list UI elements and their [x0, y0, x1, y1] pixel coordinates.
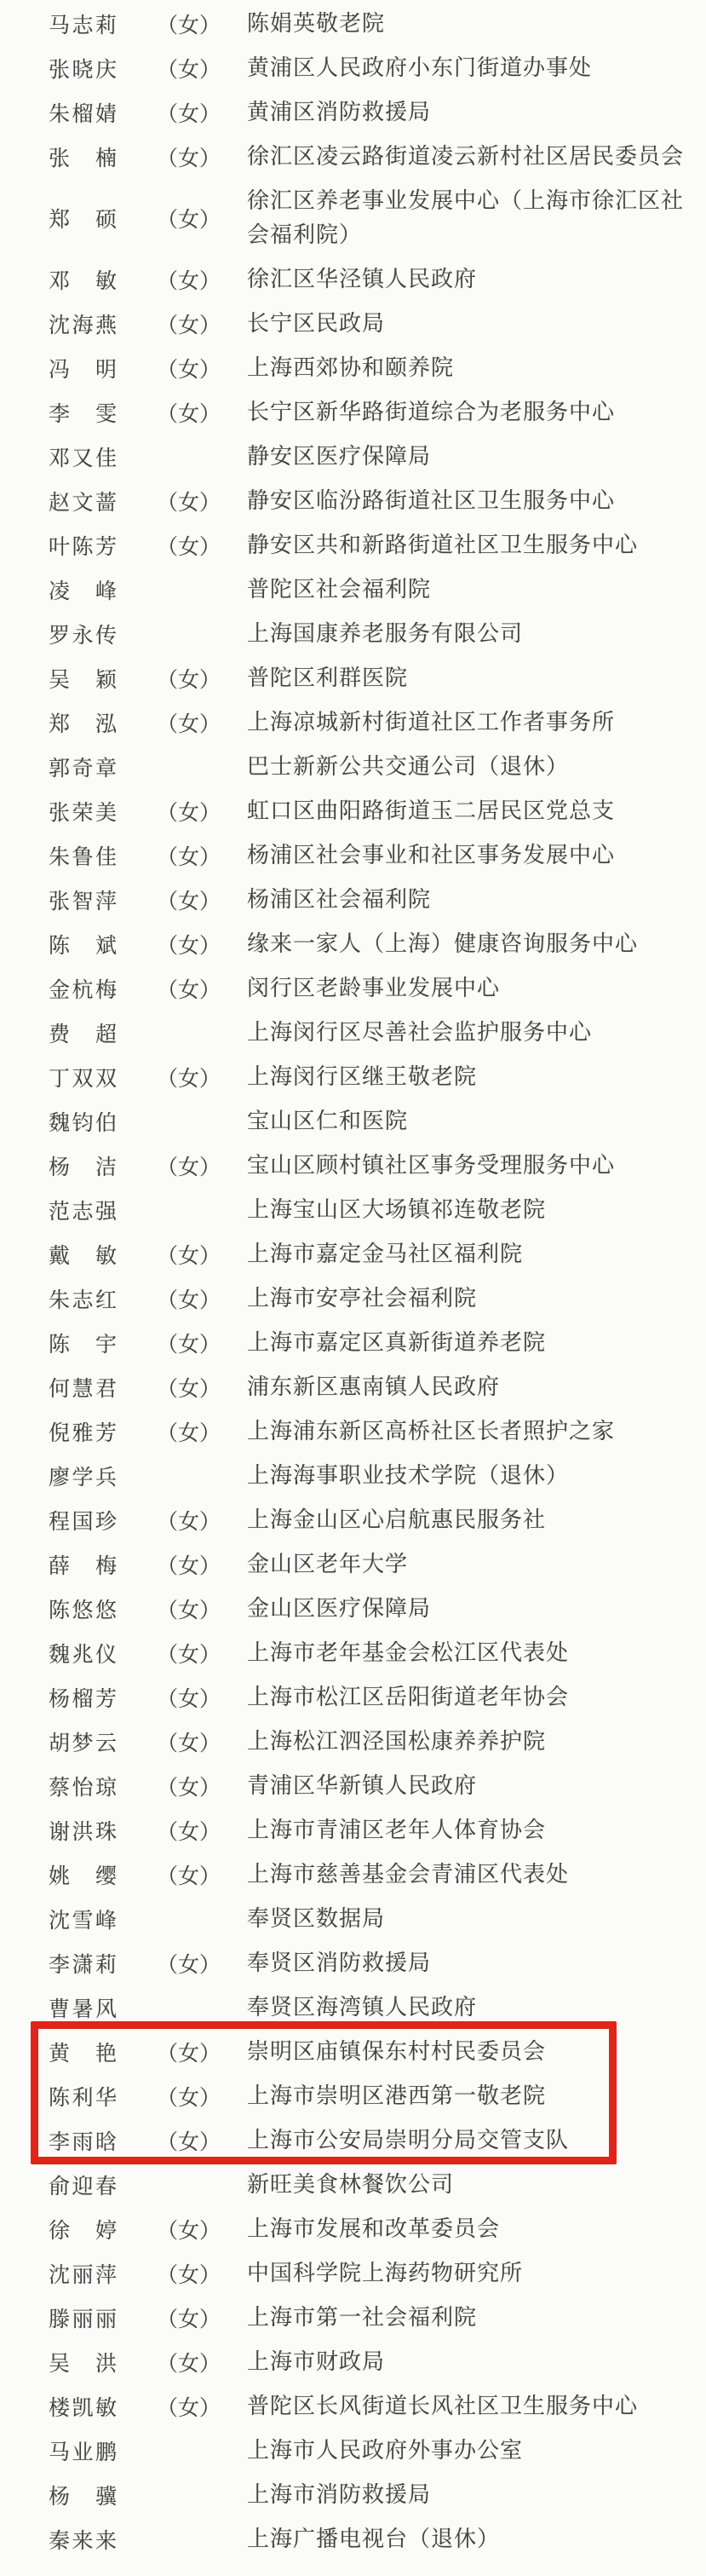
- person-name: 费超: [49, 1017, 117, 1048]
- organization: 杨浦区社会事业和社区事务发展中心: [247, 838, 686, 873]
- person-name: 赵文蔷: [49, 486, 117, 516]
- organization: 崇明区庙镇保东村村民委员会: [247, 2035, 686, 2069]
- organization: 黄浦区人民政府小东门街道办事处: [247, 51, 686, 85]
- gender-label: （女）: [157, 973, 221, 1004]
- person-name: 张晓庆: [49, 53, 117, 84]
- list-item: 赵文蔷 （女） 静安区临汾路街道社区卫生服务中心: [0, 479, 706, 523]
- organization: 上海市老年基金会松江区代表处: [247, 1636, 686, 1670]
- list-item: 吴颖 （女） 普陀区利群医院: [0, 656, 706, 700]
- gender-label: （女）: [157, 1283, 221, 1314]
- organization: 上海广播电视台（退休）: [247, 2522, 686, 2556]
- gender-label: （女）: [157, 486, 221, 516]
- list-item: 何慧君 （女） 浦东新区惠南镇人民政府: [0, 1365, 706, 1409]
- list-item: 倪雅芳 （女） 上海浦东新区高桥社区长者照护之家: [0, 1409, 706, 1454]
- organization: 长宁区新华路街道综合为老服务中心: [247, 395, 686, 429]
- list-item: 楼凯敏 （女） 普陀区长风街道长风社区卫生服务中心: [0, 2384, 706, 2429]
- organization: 上海市公安局崇明分局交管支队: [247, 2124, 686, 2158]
- person-name: 李雨晗: [49, 2125, 117, 2156]
- list-item: 金杭梅 （女） 闵行区老龄事业发展中心: [0, 966, 706, 1011]
- organization: 上海市慈善基金会青浦区代表处: [247, 1858, 686, 1892]
- gender-label: （女）: [157, 1593, 221, 1624]
- organization: 杨浦区社会福利院: [247, 883, 686, 917]
- organization: 上海西郊协和颐养院: [247, 351, 686, 385]
- person-name: 谢洪珠: [49, 1815, 117, 1846]
- organization: 新旺美食林餐饮公司: [247, 2168, 686, 2202]
- person-name: 姚缨: [49, 1859, 117, 1890]
- organization: 金山区医疗保障局: [247, 1592, 686, 1626]
- organization: 徐汇区华泾镇人民政府: [247, 262, 686, 297]
- gender-label: （女）: [157, 2081, 221, 2112]
- organization: 浦东新区惠南镇人民政府: [247, 1370, 686, 1404]
- gender-label: （女）: [157, 141, 221, 172]
- organization: 徐汇区养老事业发展中心（上海市徐汇区社会福利院）: [247, 184, 686, 252]
- person-name: 曹暑风: [49, 1992, 117, 2023]
- list-item: 朱榴婧 （女） 黄浦区消防救援局: [0, 90, 706, 135]
- person-name: 戴敏: [49, 1239, 117, 1270]
- person-name: 丁双双: [49, 1062, 117, 1092]
- gender-label: （女）: [157, 840, 221, 871]
- person-name: 叶陈芳: [49, 530, 117, 561]
- organization: 静安区共和新路街道社区卫生服务中心: [247, 528, 686, 562]
- list-item: 沈丽萍 （女） 中国科学院上海药物研究所: [0, 2251, 706, 2296]
- person-name: 凌峰: [49, 574, 117, 605]
- list-item: 李雯 （女） 长宁区新华路街道综合为老服务中心: [0, 390, 706, 435]
- list-item: 陈利华 （女） 上海市崇明区港西第一敬老院: [0, 2074, 706, 2118]
- organization: 宝山区仁和医院: [247, 1104, 686, 1138]
- person-name: 沈丽萍: [49, 2258, 117, 2289]
- gender-label: （女）: [157, 2391, 221, 2422]
- list-item: 凌峰 普陀区社会福利院: [0, 568, 706, 612]
- person-name: 杨洁: [49, 1150, 117, 1181]
- organization: 中国科学院上海药物研究所: [247, 2256, 686, 2291]
- organization: 上海市发展和改革委员会: [247, 2212, 686, 2246]
- person-name: 吴颖: [49, 663, 117, 694]
- gender-label: （女）: [157, 1372, 221, 1403]
- person-name: 胡梦云: [49, 1726, 117, 1757]
- gender-label: （女）: [157, 1328, 221, 1358]
- organization: 长宁区民政局: [247, 307, 686, 341]
- gender-label: （女）: [157, 929, 221, 960]
- organization: 上海松江泗泾国松康养养护院: [247, 1725, 686, 1759]
- person-name: 张智萍: [49, 885, 117, 915]
- person-name: 李潇莉: [49, 1948, 117, 1979]
- gender-label: （女）: [157, 1948, 221, 1979]
- gender-label: （女）: [157, 1771, 221, 1801]
- person-name: 马志莉: [49, 9, 117, 39]
- list-item: 徐婷 （女） 上海市发展和改革委员会: [0, 2207, 706, 2251]
- list-item: 薛梅 （女） 金山区老年大学: [0, 1542, 706, 1587]
- gender-label: （女）: [157, 53, 221, 84]
- gender-label: （女）: [157, 1549, 221, 1580]
- list-item: 罗永传 上海国康养老服务有限公司: [0, 612, 706, 656]
- list-item: 杨骥 上海市消防救援局: [0, 2473, 706, 2517]
- gender-label: （女）: [157, 308, 221, 339]
- organization: 奉贤区海湾镇人民政府: [247, 1991, 686, 2025]
- list-item: 曹暑风 奉贤区海湾镇人民政府: [0, 1985, 706, 2030]
- organization: 上海市青浦区老年人体育协会: [247, 1813, 686, 1847]
- list-item: 李潇莉 （女） 奉贤区消防救援局: [0, 1941, 706, 1985]
- organization: 闵行区老龄事业发展中心: [247, 971, 686, 1006]
- list-item: 蔡怡琼 （女） 青浦区华新镇人民政府: [0, 1764, 706, 1808]
- list-item: 杨榴芳 （女） 上海市松江区岳阳街道老年协会: [0, 1675, 706, 1720]
- organization: 上海浦东新区高桥社区长者照护之家: [247, 1415, 686, 1449]
- gender-label: （女）: [157, 264, 221, 295]
- gender-label: （女）: [157, 2125, 221, 2156]
- person-name: 陈斌: [49, 929, 117, 960]
- list-item: 张晓庆 （女） 黄浦区人民政府小东门街道办事处: [0, 46, 706, 90]
- gender-label: （女）: [157, 2214, 221, 2245]
- person-name: 楼凯敏: [49, 2391, 117, 2422]
- list-item: 张荣美 （女） 虹口区曲阳路街道玉二居民区党总支: [0, 789, 706, 833]
- list-item: 朱鲁佳 （女） 杨浦区社会事业和社区事务发展中心: [0, 833, 706, 878]
- gender-label: （女）: [157, 397, 221, 428]
- gender-label: （女）: [157, 530, 221, 561]
- person-name: 蔡怡琼: [49, 1771, 117, 1801]
- gender-label: （女）: [157, 9, 221, 39]
- organization: 陈娟英敬老院: [247, 7, 686, 41]
- organization: 上海市嘉定金马社区福利院: [247, 1237, 686, 1271]
- person-name: 罗永传: [49, 619, 117, 649]
- organization: 奉贤区消防救援局: [247, 1946, 686, 1980]
- organization: 上海海事职业技术学院（退休）: [247, 1459, 686, 1493]
- list-item: 邓又佳 静安区医疗保障局: [0, 435, 706, 479]
- person-name: 杨骥: [49, 2480, 117, 2510]
- list-item: 范志强 上海宝山区大场镇祁连敬老院: [0, 1188, 706, 1232]
- list-item: 张楠 （女） 徐汇区凌云路街道凌云新村社区居民委员会: [0, 135, 706, 179]
- list-item: 黄艳 （女） 崇明区庙镇保东村村民委员会: [0, 2030, 706, 2074]
- person-name: 薛梅: [49, 1549, 117, 1580]
- person-name: 魏钧伯: [49, 1106, 117, 1137]
- list-item: 朱志红 （女） 上海市安亭社会福利院: [0, 1276, 706, 1321]
- organization: 上海市消防救援局: [247, 2478, 686, 2512]
- gender-label: （女）: [157, 796, 221, 827]
- person-name: 朱鲁佳: [49, 840, 117, 871]
- person-name: 邓敏: [49, 264, 117, 295]
- person-name: 徐婷: [49, 2214, 117, 2245]
- list-item: 魏兆仪 （女） 上海市老年基金会松江区代表处: [0, 1631, 706, 1675]
- organization: 上海凉城新村街道社区工作者事务所: [247, 706, 686, 740]
- gender-label: （女）: [157, 2347, 221, 2377]
- person-name: 金杭梅: [49, 973, 117, 1004]
- person-name: 李雯: [49, 397, 117, 428]
- list-item: 马业鹏 上海市人民政府外事办公室: [0, 2429, 706, 2473]
- organization: 青浦区华新镇人民政府: [247, 1769, 686, 1803]
- organization: 上海市财政局: [247, 2345, 686, 2379]
- gender-label: （女）: [157, 2302, 221, 2333]
- organization: 上海宝山区大场镇祁连敬老院: [247, 1193, 686, 1227]
- gender-label: （女）: [157, 1416, 221, 1447]
- list-item: 魏钧伯 宝山区仁和医院: [0, 1099, 706, 1144]
- list-item: 郑硕 （女） 徐汇区养老事业发展中心（上海市徐汇区社会福利院）: [0, 179, 706, 257]
- person-name: 冯明: [49, 353, 117, 383]
- gender-label: （女）: [157, 1726, 221, 1757]
- organization: 宝山区顾村镇社区事务受理服务中心: [247, 1149, 686, 1183]
- person-name: 郑硕: [49, 203, 117, 233]
- person-name: 程国珍: [49, 1505, 117, 1536]
- list-item: 俞迎春 新旺美食林餐饮公司: [0, 2163, 706, 2207]
- list-item: 谢洪珠 （女） 上海市青浦区老年人体育协会: [0, 1808, 706, 1853]
- person-name: 郭奇章: [49, 752, 117, 782]
- gender-label: （女）: [157, 1859, 221, 1890]
- list-item: 丁双双 （女） 上海闵行区继王敬老院: [0, 1055, 706, 1099]
- list-item: 廖学兵 上海海事职业技术学院（退休）: [0, 1454, 706, 1498]
- organization: 静安区医疗保障局: [247, 440, 686, 474]
- organization: 上海闵行区尽善社会监护服务中心: [247, 1016, 686, 1050]
- organization: 上海市安亭社会福利院: [247, 1282, 686, 1316]
- list-item: 姚缨 （女） 上海市慈善基金会青浦区代表处: [0, 1853, 706, 1897]
- organization: 普陀区社会福利院: [247, 573, 686, 607]
- roster-document: 马志莉 （女） 陈娟英敬老院 张晓庆 （女） 黄浦区人民政府小东门街道办事处 朱…: [0, 0, 706, 2576]
- page: { "page": { "background": "#fbfbf9", "te…: [0, 0, 706, 2576]
- organization: 奉贤区数据局: [247, 1902, 686, 1936]
- list-item: 杨洁 （女） 宝山区顾村镇社区事务受理服务中心: [0, 1144, 706, 1188]
- roster-list: 马志莉 （女） 陈娟英敬老院 张晓庆 （女） 黄浦区人民政府小东门街道办事处 朱…: [0, 0, 706, 2562]
- organization: 上海市人民政府外事办公室: [247, 2434, 686, 2468]
- person-name: 黄艳: [49, 2037, 117, 2067]
- list-item: 李雨晗 （女） 上海市公安局崇明分局交管支队: [0, 2118, 706, 2163]
- person-name: 吴洪: [49, 2347, 117, 2377]
- gender-label: （女）: [157, 1062, 221, 1092]
- gender-label: （女）: [157, 1638, 221, 1668]
- list-item: 马志莉 （女） 陈娟英敬老院: [0, 2, 706, 46]
- list-item: 沈雪峰 奉贤区数据局: [0, 1897, 706, 1941]
- list-item: 戴敏 （女） 上海市嘉定金马社区福利院: [0, 1232, 706, 1276]
- person-name: 陈利华: [49, 2081, 117, 2112]
- person-name: 俞迎春: [49, 2170, 117, 2200]
- person-name: 廖学兵: [49, 1461, 117, 1491]
- organization: 黄浦区消防救援局: [247, 95, 686, 130]
- gender-label: （女）: [157, 353, 221, 383]
- list-item: 郑泓 （女） 上海凉城新村街道社区工作者事务所: [0, 700, 706, 745]
- person-name: 张楠: [49, 141, 117, 172]
- gender-label: （女）: [157, 203, 221, 233]
- person-name: 杨榴芳: [49, 1682, 117, 1713]
- list-item: 陈宇 （女） 上海市嘉定区真新街道养老院: [0, 1321, 706, 1365]
- list-item: 郭奇章 巴士新新公共交通公司（退休）: [0, 745, 706, 789]
- gender-label: （女）: [157, 1239, 221, 1270]
- person-name: 邓又佳: [49, 441, 117, 472]
- organization: 普陀区利群医院: [247, 661, 686, 695]
- person-name: 张荣美: [49, 796, 117, 827]
- gender-label: （女）: [157, 1150, 221, 1181]
- person-name: 陈宇: [49, 1328, 117, 1358]
- organization: 上海国康养老服务有限公司: [247, 617, 686, 651]
- person-name: 沈雪峰: [49, 1904, 117, 1934]
- gender-label: （女）: [157, 97, 221, 128]
- gender-label: （女）: [157, 1815, 221, 1846]
- list-item: 冯明 （女） 上海西郊协和颐养院: [0, 346, 706, 390]
- organization: 上海闵行区继王敬老院: [247, 1060, 686, 1094]
- organization: 上海市松江区岳阳街道老年协会: [247, 1680, 686, 1714]
- person-name: 范志强: [49, 1195, 117, 1225]
- organization: 缘来一家人（上海）健康咨询服务中心: [247, 927, 686, 961]
- gender-label: （女）: [157, 707, 221, 738]
- person-name: 魏兆仪: [49, 1638, 117, 1668]
- organization: 虹口区曲阳路街道玉二居民区党总支: [247, 794, 686, 828]
- list-item: 叶陈芳 （女） 静安区共和新路街道社区卫生服务中心: [0, 523, 706, 568]
- person-name: 陈悠悠: [49, 1593, 117, 1624]
- organization: 徐汇区凌云路街道凌云新村社区居民委员会: [247, 140, 686, 174]
- list-item: 胡梦云 （女） 上海松江泗泾国松康养养护院: [0, 1720, 706, 1764]
- list-item: 程国珍 （女） 上海金山区心启航惠民服务社: [0, 1498, 706, 1542]
- person-name: 倪雅芳: [49, 1416, 117, 1447]
- list-item: 邓敏 （女） 徐汇区华泾镇人民政府: [0, 257, 706, 302]
- organization: 上海市崇明区港西第一敬老院: [247, 2079, 686, 2113]
- person-name: 朱榴婧: [49, 97, 117, 128]
- list-item: 陈斌 （女） 缘来一家人（上海）健康咨询服务中心: [0, 922, 706, 966]
- organization: 普陀区长风街道长风社区卫生服务中心: [247, 2389, 686, 2423]
- gender-label: （女）: [157, 1505, 221, 1536]
- person-name: 秦来来: [49, 2524, 117, 2555]
- list-item: 滕丽丽 （女） 上海市第一社会福利院: [0, 2296, 706, 2340]
- person-name: 沈海燕: [49, 308, 117, 339]
- person-name: 何慧君: [49, 1372, 117, 1403]
- list-item: 费超 上海闵行区尽善社会监护服务中心: [0, 1011, 706, 1055]
- gender-label: （女）: [157, 885, 221, 915]
- list-item: 吴洪 （女） 上海市财政局: [0, 2340, 706, 2384]
- organization: 巴士新新公共交通公司（退休）: [247, 750, 686, 784]
- list-item: 秦来来 上海广播电视台（退休）: [0, 2517, 706, 2562]
- organization: 上海市第一社会福利院: [247, 2301, 686, 2335]
- gender-label: （女）: [157, 2258, 221, 2289]
- organization: 上海金山区心启航惠民服务社: [247, 1503, 686, 1537]
- list-item: 沈海燕 （女） 长宁区民政局: [0, 302, 706, 346]
- person-name: 马业鹏: [49, 2435, 117, 2466]
- organization: 金山区老年大学: [247, 1547, 686, 1582]
- list-item: 张智萍 （女） 杨浦区社会福利院: [0, 878, 706, 922]
- organization: 上海市嘉定区真新街道养老院: [247, 1326, 686, 1360]
- person-name: 郑泓: [49, 707, 117, 738]
- gender-label: （女）: [157, 1682, 221, 1713]
- gender-label: （女）: [157, 2037, 221, 2067]
- person-name: 朱志红: [49, 1283, 117, 1314]
- person-name: 滕丽丽: [49, 2302, 117, 2333]
- gender-label: （女）: [157, 663, 221, 694]
- list-item: 陈悠悠 （女） 金山区医疗保障局: [0, 1587, 706, 1631]
- organization: 静安区临汾路街道社区卫生服务中心: [247, 484, 686, 518]
